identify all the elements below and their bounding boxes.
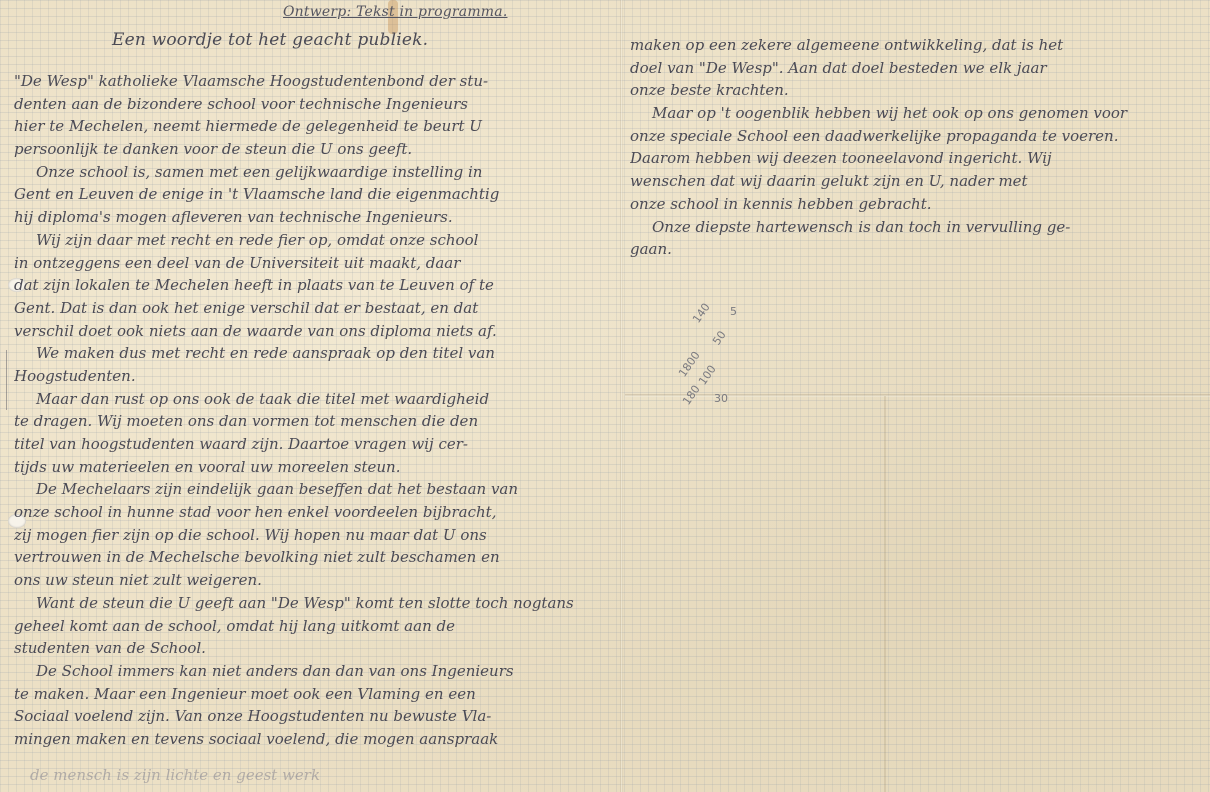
- handwritten-line: Maar dan rust op ons ook de taak die tit…: [14, 388, 624, 411]
- handwritten-line: onze beste krachten.: [630, 79, 1200, 102]
- handwritten-line: maken op een zekere algemeene ontwikkeli…: [630, 34, 1200, 57]
- handwritten-line: Maar op 't oogenblik hebben wij het ook …: [630, 102, 1200, 125]
- handwritten-line: ons uw steun niet zult weigeren.: [14, 569, 624, 592]
- handwritten-line: hier te Mechelen, neemt hiermede de gele…: [14, 115, 624, 138]
- document-header: Ontwerp: Tekst in programma.: [283, 4, 507, 20]
- handwritten-line: Wij zijn daar met recht en rede fier op,…: [14, 229, 624, 252]
- handwritten-line: Hoogstudenten.: [14, 365, 624, 388]
- handwritten-line: Onze diepste hartewensch is dan toch in …: [630, 216, 1200, 239]
- handwritten-line: onze school in kennis hebben gebracht.: [630, 193, 1200, 216]
- handwritten-line: verschil doet ook niets aan de waarde va…: [14, 320, 624, 343]
- margin-mark: [6, 350, 7, 410]
- handwritten-line: in ontzeggens een deel van de Universite…: [14, 252, 624, 275]
- faint-pencil-line: de mensch is zijn lichte en geest werk: [30, 766, 320, 784]
- pencil-note: 5: [730, 305, 737, 318]
- handwritten-line: studenten van de School.: [14, 637, 624, 660]
- handwritten-line: wenschen dat wij daarin gelukt zijn en U…: [630, 170, 1200, 193]
- handwritten-line: titel van hoogstudenten waard zijn. Daar…: [14, 433, 624, 456]
- handwritten-line: Gent. Dat is dan ook het enige verschil …: [14, 297, 624, 320]
- greeting: Een woordje tot het geacht publiek.: [112, 30, 428, 50]
- handwritten-line: denten aan de bizondere school voor tech…: [14, 93, 624, 116]
- handwritten-line: te dragen. Wij moeten ons dan vormen tot…: [14, 410, 624, 433]
- handwritten-line: doel van "De Wesp". Aan dat doel bestede…: [630, 57, 1200, 80]
- handwritten-line: Sociaal voelend zijn. Van onze Hoogstude…: [14, 705, 624, 728]
- handwritten-line: onze speciale School een daadwerkelijke …: [630, 125, 1200, 148]
- handwritten-line: gaan.: [630, 238, 1200, 261]
- handwritten-line: Onze school is, samen met een gelijkwaar…: [14, 161, 624, 184]
- left-column-text: "De Wesp" katholieke Vlaamsche Hoogstude…: [14, 70, 624, 751]
- handwritten-line: zij mogen fier zijn op die school. Wij h…: [14, 524, 624, 547]
- handwritten-line: Want de steun die U geeft aan "De Wesp" …: [14, 592, 624, 615]
- handwritten-line: dat zijn lokalen te Mechelen heeft in pl…: [14, 274, 624, 297]
- handwritten-line: Gent en Leuven de enige in 't Vlaamsche …: [14, 183, 624, 206]
- handwritten-line: tijds uw materieelen en vooral uw moreel…: [14, 456, 624, 479]
- handwritten-line: De Mechelaars zijn eindelijk gaan beseff…: [14, 478, 624, 501]
- handwritten-line: "De Wesp" katholieke Vlaamsche Hoogstude…: [14, 70, 624, 93]
- handwritten-line: geheel komt aan de school, omdat hij lan…: [14, 615, 624, 638]
- handwritten-line: onze school in hunne stad voor hen enkel…: [14, 501, 624, 524]
- handwritten-line: hij diploma's mogen afleveren van techni…: [14, 206, 624, 229]
- handwritten-line: persoonlijk te danken voor de steun die …: [14, 138, 624, 161]
- lower-vertical-fold-line: [884, 396, 886, 792]
- pencil-note: 30: [714, 392, 728, 405]
- right-column-text: maken op een zekere algemeene ontwikkeli…: [630, 34, 1200, 261]
- handwritten-line: te maken. Maar een Ingenieur moet ook ee…: [14, 683, 624, 706]
- handwritten-line: De School immers kan niet anders dan dan…: [14, 660, 624, 683]
- handwritten-line: Daarom hebben wij deezen tooneelavond in…: [630, 147, 1200, 170]
- handwritten-line: vertrouwen in de Mechelsche bevolking ni…: [14, 546, 624, 569]
- handwritten-line: mingen maken en tevens sociaal voelend, …: [14, 728, 624, 751]
- horizontal-fold-line: [625, 394, 1210, 397]
- handwritten-line: We maken dus met recht en rede aanspraak…: [14, 342, 624, 365]
